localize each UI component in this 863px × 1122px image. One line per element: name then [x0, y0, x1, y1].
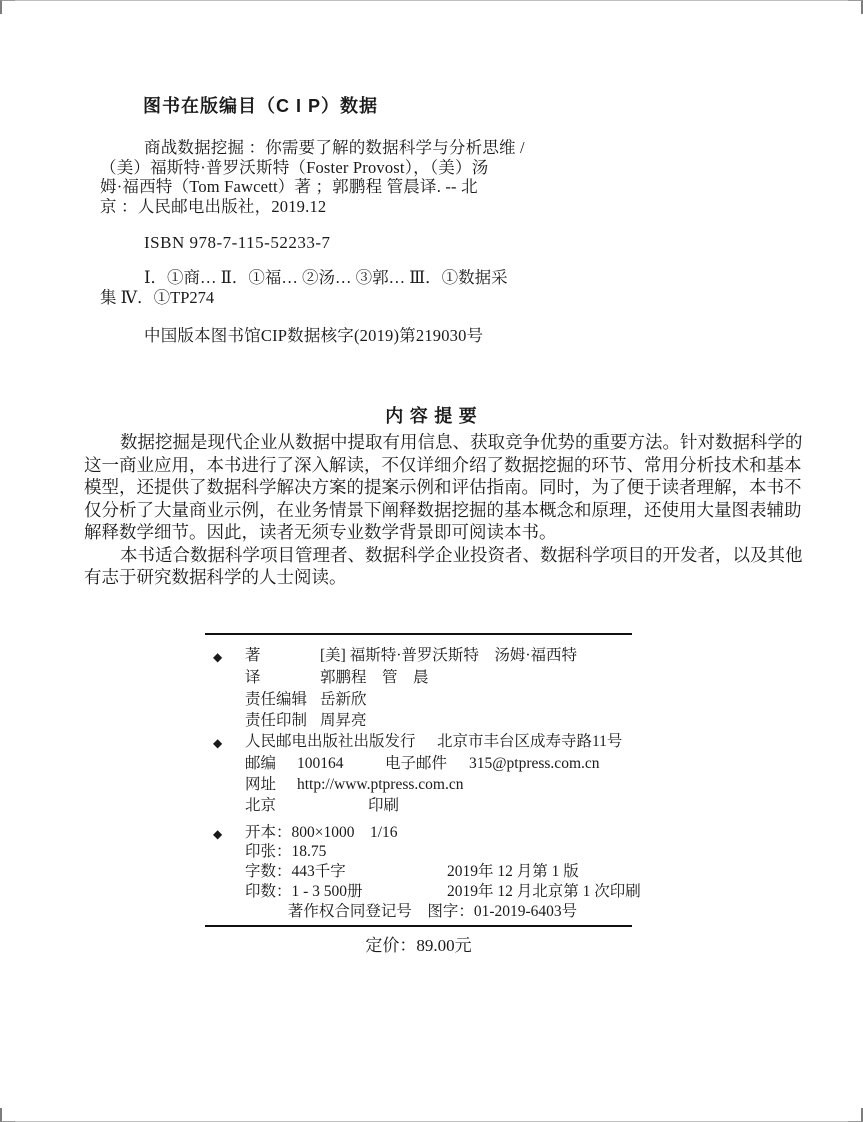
page-edge-top [0, 0, 863, 1]
postcode-label: 邮编 [245, 755, 276, 773]
edition-line: 2019年 12 月第 1 版 [447, 863, 579, 881]
diamond-bullet-icon: ◆ [213, 648, 222, 666]
print-supervisor-label: 责任印制 [245, 712, 307, 730]
colophon-postcode-row: 邮编 100164 电子邮件 315@ptpress.com.cn [205, 755, 632, 773]
author-value: [美] 福斯特·普罗沃斯特 汤姆·福西特 [320, 647, 577, 665]
page-corner-mark [0, 0, 15, 14]
translator-label: 译 [245, 669, 261, 687]
author-label: 著 [245, 647, 261, 665]
wordcount-line: 字数：443千字 [245, 863, 346, 881]
page-corner-mark [0, 1108, 15, 1122]
print-city: 北京 [245, 797, 276, 815]
sheets-line: 印张：18.75 [245, 843, 326, 861]
cip-description-line: 京 ：人民邮电出版社，2019.12 [100, 197, 552, 217]
colophon-print-city-row: 北京 印刷 [205, 797, 632, 815]
summary-line: 模型，还提供了数据科学解决方案的提案示例和评估指南。同时，为了便于读者理解，本书… [84, 476, 800, 499]
translator-value: 郭鹏程 管 晨 [320, 669, 429, 687]
colophon-author-row: ◆ 著 [美] 福斯特·普罗沃斯特 汤姆·福西特 [205, 647, 632, 665]
colophon-box: ◆ 著 [美] 福斯特·普罗沃斯特 汤姆·福西特 译 郭鹏程 管 晨 责任编辑 … [205, 633, 632, 927]
cip-description: 商战数据挖掘 ：你需要了解的数据科学与分析思维 / （美）福斯特·普罗沃斯特（F… [100, 138, 552, 216]
colophon-print-supervisor-row: 责任印制 周昇亮 [205, 712, 632, 730]
page-corner-mark [848, 0, 863, 14]
colophon-wordcount-row: 字数：443千字 2019年 12 月第 1 版 [205, 863, 632, 881]
summary-title: 内 容 提 要 [0, 402, 863, 428]
email-label: 电子邮件 [385, 755, 447, 773]
colophon-printrun-row: 印数：1 - 3 500册 2019年 12 月北京第 1 次印刷 [205, 883, 632, 901]
page-corner-mark [848, 1108, 863, 1122]
copyright-page: 图书在版编目（C I P）数据 商战数据挖掘 ：你需要了解的数据科学与分析思维 … [0, 0, 863, 1122]
cip-description-line: 姆·福西特（Tom Fawcett）著 ；郭鹏程 管晨译. -- 北 [100, 177, 552, 197]
colophon-publisher-row: ◆ 人民邮电出版社出版发行 北京市丰台区成寿寺路11号 [205, 733, 632, 751]
publisher-name: 人民邮电出版社出版发行 [245, 733, 416, 751]
isbn: ISBN 978-7-115-52233-7 [144, 233, 331, 253]
colophon-translator-row: 译 郭鹏程 管 晨 [205, 669, 632, 687]
editor-label: 责任编辑 [245, 691, 307, 709]
website-value: http://www.ptpress.com.cn [297, 776, 463, 794]
diamond-bullet-icon: ◆ [213, 734, 222, 752]
summary-line: 数据挖掘是现代企业从数据中提取有用信息、获取竞争优势的重要方法。针对数据科学的 [84, 431, 800, 454]
colophon-registration-row: 著作权合同登记号 图字：01-2019-6403号 [205, 903, 646, 921]
colophon-editor-row: 责任编辑 岳新欣 [205, 691, 632, 709]
colophon-format-row: ◆ 开本：800×1000 1/16 [205, 824, 632, 842]
print-supervisor-value: 周昇亮 [320, 712, 367, 730]
cip-record-number: 中国版本图书馆CIP数据核字(2019)第219030号 [144, 322, 483, 346]
website-label: 网址 [245, 776, 276, 794]
summary-line: 解释数学细节。因此，读者无须专业数学背景即可阅读本书。 [84, 521, 800, 544]
summary-body: 数据挖掘是现代企业从数据中提取有用信息、获取竞争优势的重要方法。针对数据科学的 … [84, 431, 800, 589]
cip-description-line: 商战数据挖掘 ：你需要了解的数据科学与分析思维 / [100, 138, 552, 158]
publisher-address: 北京市丰台区成寿寺路11号 [437, 733, 622, 751]
diamond-bullet-icon: ◆ [213, 825, 222, 843]
summary-line: 这一商业应用，本书进行了深入解读，不仅详细介绍了数据挖掘的环节、常用分析技术和基… [84, 454, 800, 477]
printrun-line: 印数：1 - 3 500册 [245, 883, 363, 901]
email-value: 315@ptpress.com.cn [469, 755, 600, 773]
colophon-website-row: 网址 http://www.ptpress.com.cn [205, 776, 632, 794]
editor-value: 岳新欣 [320, 691, 367, 709]
summary-line: 有志于研究数据科学的人士阅读。 [84, 566, 800, 589]
classification-line: 集 Ⅳ．①TP274 [100, 288, 560, 308]
impression-line: 2019年 12 月北京第 1 次印刷 [447, 883, 641, 901]
summary-line: 本书适合数据科学项目管理者、数据科学企业投资者、数据科学项目的开发者，以及其他 [84, 544, 800, 567]
summary-line: 仅分析了大量商业示例，在业务情景下阐释数据挖掘的基本概念和原理，还使用大量图表辅… [84, 499, 800, 522]
cip-description-line: （美）福斯特·普罗沃斯特（Foster Provost），（美）汤 [100, 158, 552, 178]
price: 定价：89.00元 [205, 931, 632, 956]
colophon-sheets-row: 印张：18.75 [205, 843, 632, 861]
cip-header: 图书在版编目（C I P）数据 [143, 92, 378, 118]
postcode-value: 100164 [297, 755, 344, 773]
print-word: 印刷 [368, 797, 399, 815]
cip-classification: Ⅰ．①商… Ⅱ．①福… ②汤… ③郭… Ⅲ．①数据采 集 Ⅳ．①TP274 [100, 268, 560, 307]
classification-line: Ⅰ．①商… Ⅱ．①福… ②汤… ③郭… Ⅲ．①数据采 [100, 268, 560, 288]
format-line: 开本：800×1000 1/16 [245, 824, 398, 842]
